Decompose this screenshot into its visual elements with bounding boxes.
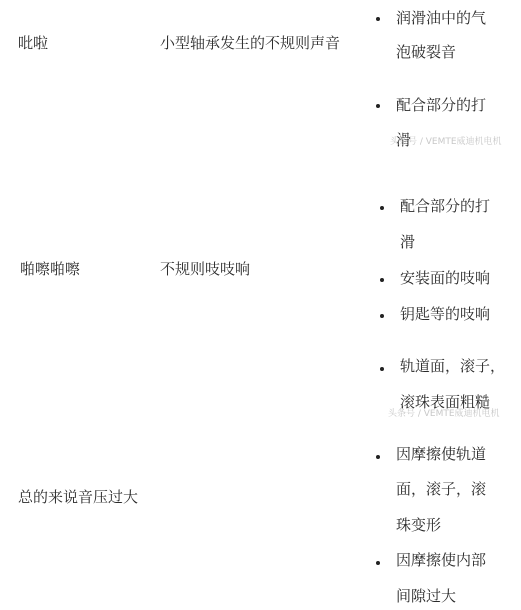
bullet-icon: [376, 455, 380, 459]
watermark: 头条号 / VEMTE威迪机电机: [388, 410, 500, 419]
row-2-cause-3-line-1: 钥匙等的吱响: [400, 307, 490, 322]
row-2-cause-4-line-1: 轨道面，滚子，: [400, 359, 505, 374]
row-3-cause-2-line-2: 间隙过大: [396, 589, 456, 604]
row-3-cause-1-line-2: 面，滚子，滚: [396, 482, 486, 497]
row-1-cause-2-line-1: 配合部分的打: [396, 98, 486, 113]
row-1-cause-1-line-1: 润滑油中的气: [396, 11, 486, 26]
bullet-icon: [380, 206, 384, 210]
row-3-cause-1-line-1: 因摩擦使轨道: [396, 447, 486, 462]
row-2-description: 不规则吱吱响: [160, 262, 250, 277]
row-3-sound: 总的来说音压过大: [18, 490, 138, 505]
row-2-sound: 啪嚓啪嚓: [20, 262, 80, 277]
row-2-cause-1-line-2: 滑: [400, 235, 415, 250]
row-2-cause-2-line-1: 安装面的吱响: [400, 271, 490, 286]
row-3-cause-1-line-3: 珠变形: [396, 518, 441, 533]
row-3-cause-2-line-1: 因摩擦使内部: [396, 553, 486, 568]
row-2-cause-1-line-1: 配合部分的打: [400, 199, 490, 214]
row-1-sound: 吡啦: [18, 36, 48, 51]
watermark: 头条号 / VEMTE威迪机电机: [390, 138, 502, 147]
row-2-cause-4-line-2: 滚珠表面粗糙: [400, 395, 490, 410]
bullet-icon: [380, 367, 384, 371]
bullet-icon: [376, 104, 380, 108]
row-1-description: 小型轴承发生的不规则声音: [160, 36, 340, 51]
bullet-icon: [376, 17, 380, 21]
bullet-icon: [380, 278, 384, 282]
bullet-icon: [376, 561, 380, 565]
row-1-cause-1-line-2: 泡破裂音: [396, 45, 456, 60]
bullet-icon: [380, 314, 384, 318]
